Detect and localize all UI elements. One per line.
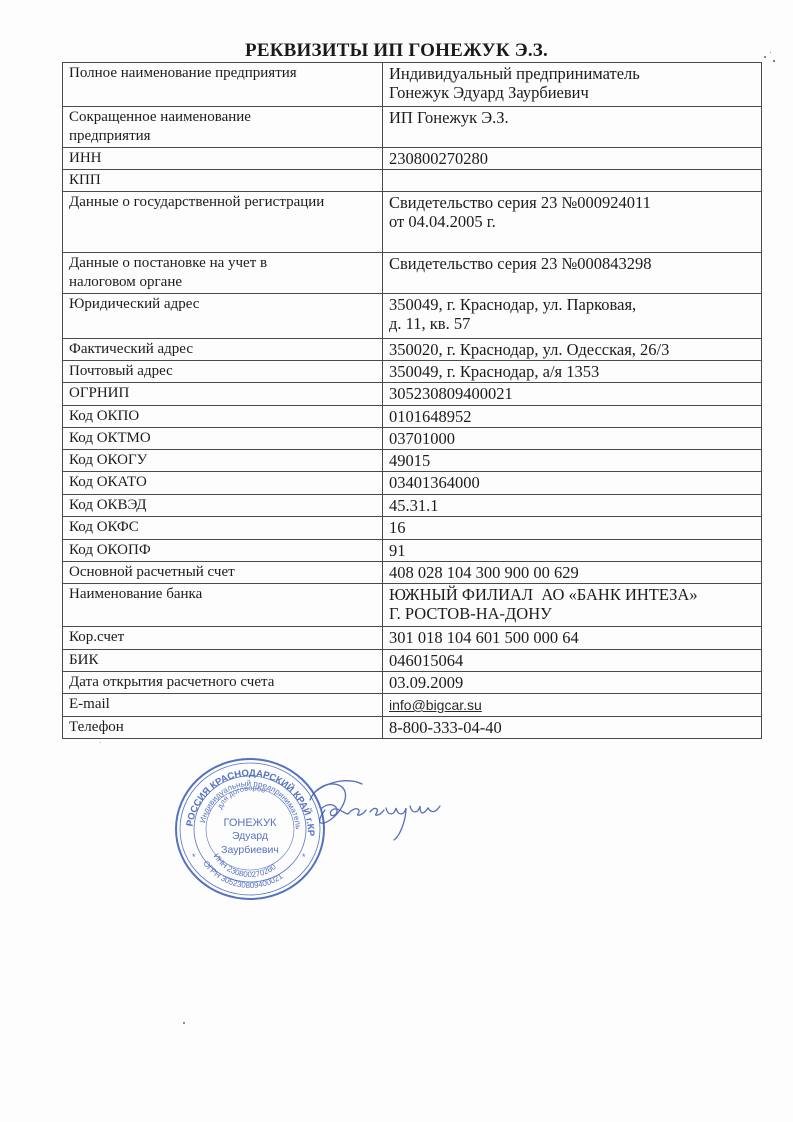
seal-star-right-icon: *	[302, 852, 306, 862]
value-line: Индивидуальный предприниматель	[389, 64, 756, 83]
value-line: ИП Гонежук Э.З.	[389, 108, 756, 127]
label-line: налоговом органе	[69, 273, 377, 292]
row-value	[383, 170, 762, 192]
row-label: Код ОКАТО	[63, 472, 383, 495]
seal-name-line-1: ГОНЕЖУК	[224, 817, 278, 829]
row-value: 046015064	[383, 650, 762, 672]
row-value: 305230809400021	[383, 383, 762, 406]
table-row: Код ОКФС 16	[63, 517, 762, 540]
seal-star-left-icon: *	[192, 852, 196, 862]
row-label: Наименование банка	[63, 584, 383, 627]
row-value: 91	[383, 540, 762, 562]
row-label: Сокращенное наименование предприятия	[63, 107, 383, 148]
row-label: ИНН	[63, 148, 383, 170]
row-label: Полное наименование предприятия	[63, 63, 383, 107]
table-row: Наименование банка ЮЖНЫЙ ФИЛИАЛ АО «БАНК…	[63, 584, 762, 627]
table-row: Код ОКВЭД 45.31.1	[63, 495, 762, 517]
row-value: 45.31.1	[383, 495, 762, 517]
seal-name-line-3: Заурбиевич	[221, 844, 279, 856]
table-row: Основной расчетный счет 408 028 104 300 …	[63, 562, 762, 584]
table-row: Код ОКАТО 03401364000	[63, 472, 762, 495]
scan-speck	[183, 1022, 185, 1024]
row-value: 03.09.2009	[383, 672, 762, 694]
table-row: Юридический адрес 350049, г. Краснодар, …	[63, 294, 762, 339]
row-value: 03701000	[383, 428, 762, 450]
row-value: ИП Гонежук Э.З.	[383, 107, 762, 148]
table-row: ИНН 230800270280	[63, 148, 762, 170]
row-label: Данные о постановке на учет в налоговом …	[63, 253, 383, 294]
row-label: ОГРНИП	[63, 383, 383, 406]
row-label: Фактический адрес	[63, 339, 383, 361]
email-link[interactable]: info@bigcar.su	[389, 697, 482, 713]
row-label: Код ОКПО	[63, 406, 383, 428]
row-value: 350049, г. Краснодар, ул. Парковая, д. 1…	[383, 294, 762, 339]
row-value: 8-800-333-04-40	[383, 717, 762, 739]
table-row: Данные о государственной регистрации Сви…	[63, 192, 762, 253]
table-row: Код ОКПО 0101648952	[63, 406, 762, 428]
row-label: Дата открытия расчетного счета	[63, 672, 383, 694]
row-label: КПП	[63, 170, 383, 192]
table-row: Код ОКОГУ 49015	[63, 450, 762, 472]
row-label: Данные о государственной регистрации	[63, 192, 383, 253]
value-line: 350049, г. Краснодар, ул. Парковая,	[389, 295, 756, 314]
value-line: Гонежук Эдуард Заурбиевич	[389, 83, 756, 102]
document-title: РЕКВИЗИТЫ ИП ГОНЕЖУК Э.З.	[0, 40, 793, 62]
row-label: Кор.счет	[63, 627, 383, 650]
row-value: Свидетельство серия 23 №000924011 от 04.…	[383, 192, 762, 253]
row-label: Почтовый адрес	[63, 361, 383, 383]
scan-speck	[100, 742, 101, 743]
table-row: Данные о постановке на учет в налоговом …	[63, 253, 762, 294]
table-row: КПП	[63, 170, 762, 192]
row-label: Код ОКОГУ	[63, 450, 383, 472]
row-label: Телефон	[63, 717, 383, 739]
row-value: 0101648952	[383, 406, 762, 428]
table-row: Полное наименование предприятия Индивиду…	[63, 63, 762, 107]
row-label: Код ОКФС	[63, 517, 383, 540]
row-label: Код ОКВЭД	[63, 495, 383, 517]
row-value: ЮЖНЫЙ ФИЛИАЛ АО «БАНК ИНТЕЗА» Г. РОСТОВ-…	[383, 584, 762, 627]
value-line: от 04.04.2005 г.	[389, 212, 756, 231]
table-row: ОГРНИП 305230809400021	[63, 383, 762, 406]
table-row: Код ОКОПФ 91	[63, 540, 762, 562]
seal-name-line-2: Эдуард	[232, 830, 268, 842]
row-label: Юридический адрес	[63, 294, 383, 339]
row-label: E-mail	[63, 694, 383, 717]
label-line: Сокращенное наименование	[69, 108, 377, 127]
row-value: 16	[383, 517, 762, 540]
table-row: БИК 046015064	[63, 650, 762, 672]
row-label: Основной расчетный счет	[63, 562, 383, 584]
table-row: E-mail info@bigcar.su	[63, 694, 762, 717]
value-line: д. 11, кв. 57	[389, 314, 756, 333]
table-row: Телефон 8-800-333-04-40	[63, 717, 762, 739]
table-row: Фактический адрес 350020, г. Краснодар, …	[63, 339, 762, 361]
row-value: 230800270280	[383, 148, 762, 170]
value-line: Свидетельство серия 23 №000924011	[389, 193, 756, 212]
row-value: info@bigcar.su	[383, 694, 762, 717]
row-label: Код ОКОПФ	[63, 540, 383, 562]
row-label: Код ОКТМО	[63, 428, 383, 450]
document-page: РЕКВИЗИТЫ ИП ГОНЕЖУК Э.З. Полное наимено…	[0, 0, 793, 1122]
row-value: 49015	[383, 450, 762, 472]
row-value: 350049, г. Краснодар, а/я 1353	[383, 361, 762, 383]
row-value: 408 028 104 300 900 00 629	[383, 562, 762, 584]
table-row: Почтовый адрес 350049, г. Краснодар, а/я…	[63, 361, 762, 383]
row-value: 03401364000	[383, 472, 762, 495]
value-line: ЮЖНЫЙ ФИЛИАЛ АО «БАНК ИНТЕЗА»	[389, 585, 756, 604]
row-value: 301 018 104 601 500 000 64	[383, 627, 762, 650]
row-value: Свидетельство серия 23 №000843298	[383, 253, 762, 294]
label-line: Данные о постановке на учет в	[69, 254, 377, 273]
value-line: Г. РОСТОВ-НА-ДОНУ	[389, 604, 756, 623]
table-row: Дата открытия расчетного счета 03.09.200…	[63, 672, 762, 694]
row-label: БИК	[63, 650, 383, 672]
requisites-table: Полное наименование предприятия Индивиду…	[62, 62, 762, 739]
table-row: Код ОКТМО 03701000	[63, 428, 762, 450]
table-row: Кор.счет 301 018 104 601 500 000 64	[63, 627, 762, 650]
row-value: Индивидуальный предприниматель Гонежук Э…	[383, 63, 762, 107]
table-row: Сокращенное наименование предприятия ИП …	[63, 107, 762, 148]
handwritten-signature	[300, 770, 460, 850]
label-line: предприятия	[69, 127, 377, 146]
row-value: 350020, г. Краснодар, ул. Одесская, 26/3	[383, 339, 762, 361]
